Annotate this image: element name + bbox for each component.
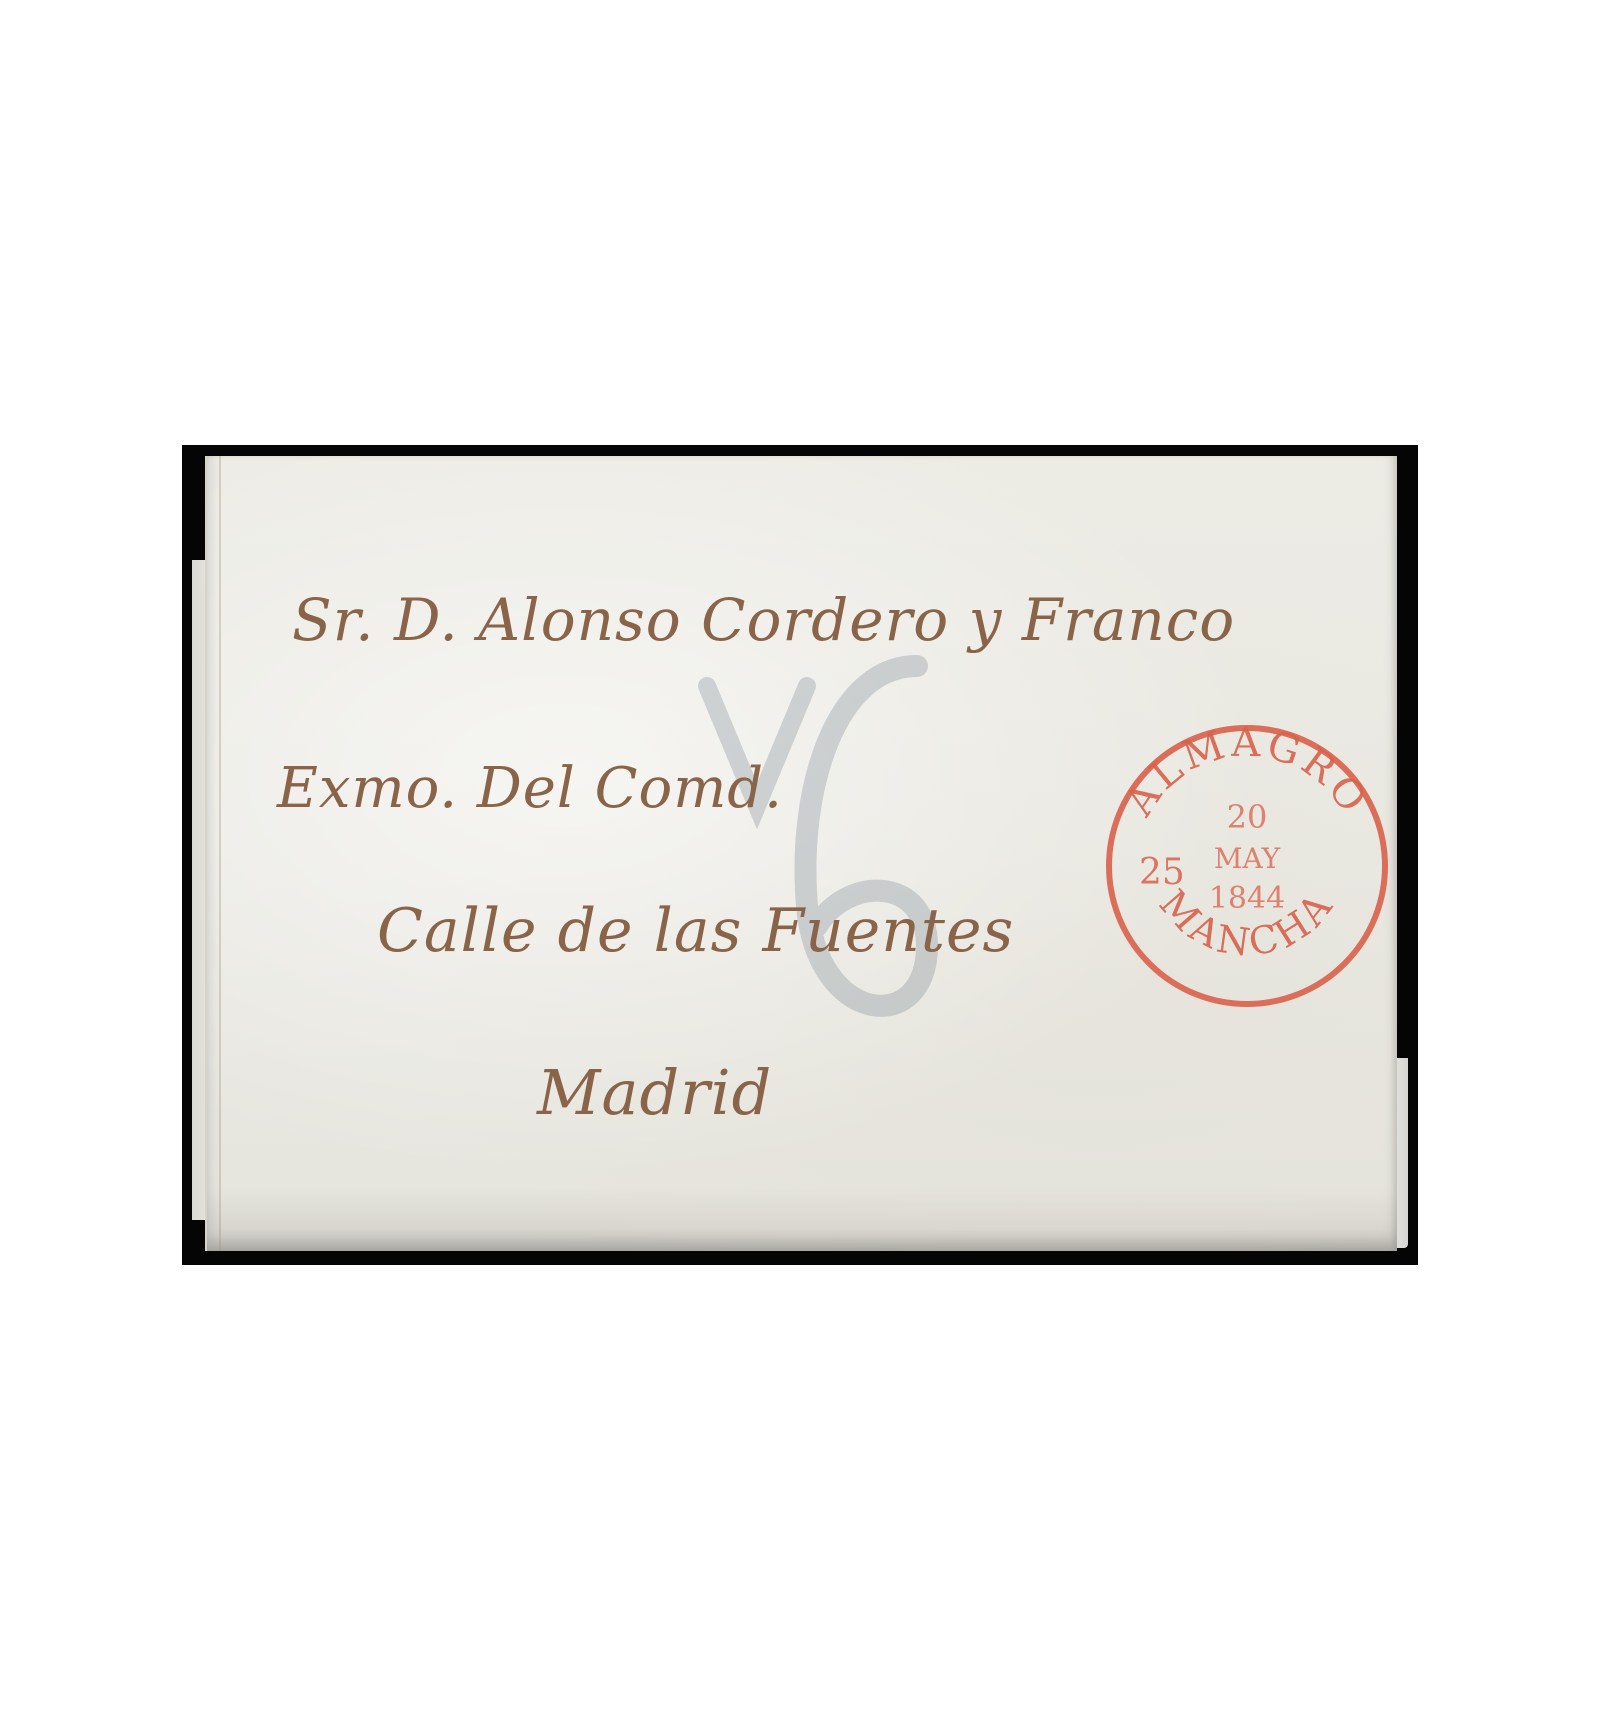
postmark-day: 20	[1227, 798, 1268, 836]
postmark-number: 25	[1139, 852, 1185, 893]
folded-letter: Sr. D. Alonso Cordero y Franco Exmo. Del…	[205, 456, 1397, 1251]
address-line-3: Calle de las Fuentes	[377, 896, 1014, 966]
address-line-1: Sr. D. Alonso Cordero y Franco	[292, 586, 1235, 654]
address-line-4: Madrid	[537, 1056, 772, 1129]
postmark-year: 1844	[1209, 881, 1285, 916]
postmark-stamp: ALMAGRO MANCHA 25 20 MAY 1844	[1097, 716, 1397, 1016]
faint-rating-mark	[687, 626, 947, 1046]
address-line-2: Exmo. Del Comd.	[277, 756, 783, 821]
fold-crease	[219, 456, 221, 1251]
postmark-month: MAY	[1214, 842, 1281, 875]
